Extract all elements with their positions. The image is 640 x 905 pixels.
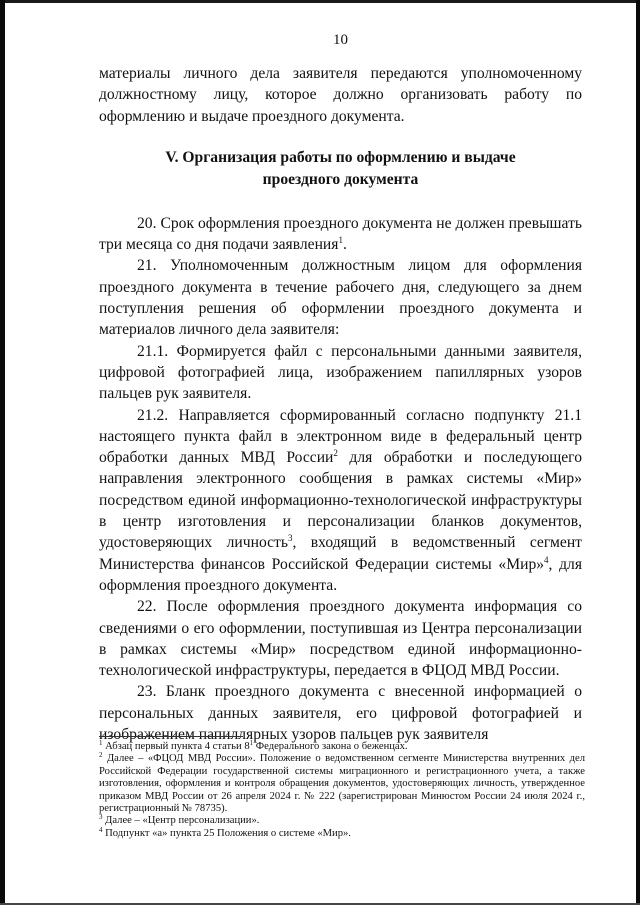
paragraph-20: 20. Срок оформления проездного документа… (99, 213, 582, 256)
scan-edge-left (0, 0, 5, 905)
footnote-3: 3 Далее – «Центр персонализации». (99, 815, 585, 827)
section-heading: V. Организация работы по оформлению и вы… (99, 147, 582, 191)
paragraph-21-2: 21.2. Направляется сформированный соглас… (99, 405, 582, 597)
footnote-separator (99, 736, 243, 737)
footnote-4-text: Подпункт «а» пункта 25 Положения о систе… (103, 828, 351, 839)
footnote-1-text-a: Абзац первый пункта 4 статьи 8 (103, 741, 250, 752)
scan-edge-top (0, 0, 640, 3)
body-text: материалы личного дела заявителя передаю… (99, 63, 582, 745)
footnote-1: 1 Абзац первый пункта 4 статьи 81 Федера… (99, 741, 585, 753)
page-number: 10 (99, 32, 582, 49)
continuation-paragraph: материалы личного дела заявителя передаю… (99, 63, 582, 127)
section-heading-line-1: V. Организация работы по оформлению и вы… (165, 149, 515, 166)
scan-edge-right (636, 0, 640, 905)
footnote-3-text: Далее – «Центр персонализации». (103, 815, 260, 826)
paragraph-22: 22. После оформления проездного документ… (99, 596, 582, 681)
paragraph-20-end: . (343, 236, 347, 253)
footnote-4: 4 Подпункт «а» пункта 25 Положения о сис… (99, 828, 585, 840)
footnotes: 1 Абзац первый пункта 4 статьи 81 Федера… (99, 741, 585, 840)
footnote-2: 2 Далее – «ФЦОД МВД России». Положение о… (99, 753, 585, 815)
paragraph-21-1: 21.1. Формируется файл с персональными д… (99, 341, 582, 405)
footnote-2-text: Далее – «ФЦОД МВД России». Положение о в… (99, 753, 585, 814)
paragraph-21: 21. Уполномоченным должностным лицом для… (99, 255, 582, 340)
section-heading-line-2: проездного документа (263, 171, 419, 188)
footnote-1-text-b: Федерального закона о беженцах. (253, 741, 407, 752)
